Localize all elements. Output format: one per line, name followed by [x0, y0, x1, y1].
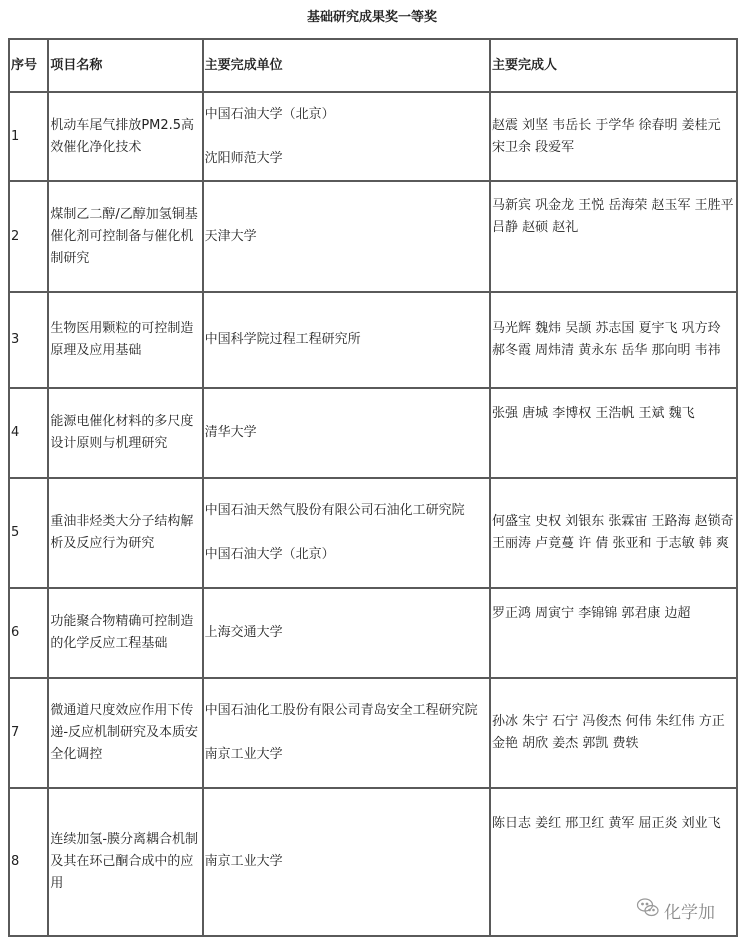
table-header-row: 序号 项目名称 主要完成单位 主要完成人: [9, 39, 737, 92]
cell-units: 天津大学: [203, 181, 490, 292]
cell-project-name: 功能聚合物精确可控制造的化学反应工程基础: [48, 588, 202, 678]
cell-project-name: 机动车尾气排放PM2.5高效催化净化技术: [48, 92, 202, 181]
table-row: 8 连续加氢-膜分离耦合机制及其在环己酮合成中的应用 南京工业大学 陈日志 姜红…: [9, 788, 737, 936]
cell-no: 4: [9, 388, 48, 478]
people: 孙冰 朱宁 石宁 冯俊杰 何伟 朱红伟 方正 金艳 胡欣 姜杰 郭凯 费轶: [492, 711, 736, 755]
table-row: 6 功能聚合物精确可控制造的化学反应工程基础 上海交通大学 罗正鸿 周寅宁 李锦…: [9, 588, 737, 678]
cell-people: 马新宾 巩金龙 王悦 岳海荣 赵玉军 王胜平 吕静 赵硕 赵礼: [490, 181, 737, 292]
cell-units: 中国石油化工股份有限公司青岛安全工程研究院南京工业大学: [203, 678, 490, 788]
watermark-text: 化学加: [664, 898, 715, 923]
cell-project-name: 生物医用颗粒的可控制造原理及应用基础: [48, 292, 202, 388]
cell-units: 中国石油大学（北京）沈阳师范大学: [203, 92, 490, 181]
header-people: 主要完成人: [490, 39, 737, 92]
cell-people: 孙冰 朱宁 石宁 冯俊杰 何伟 朱红伟 方正 金艳 胡欣 姜杰 郭凯 费轶: [490, 678, 737, 788]
cell-no: 3: [9, 292, 48, 388]
table-row: 7 微通道尺度效应作用下传递-反应机制研究及本质安全化调控 中国石油化工股份有限…: [9, 678, 737, 788]
unit: 沈阳师范大学: [205, 148, 489, 170]
table-row: 1 机动车尾气排放PM2.5高效催化净化技术 中国石油大学（北京）沈阳师范大学 …: [9, 92, 737, 181]
cell-people: 何盛宝 史权 刘银东 张霖宙 王路海 赵锁奇 王丽涛 卢竟蔓 许 倩 张亚和 于…: [490, 478, 737, 588]
cell-project-name: 能源电催化材料的多尺度设计原则与机理研究: [48, 388, 202, 478]
cell-people: 张强 唐城 李博权 王浩帆 王斌 魏飞: [490, 388, 737, 478]
cell-units: 中国科学院过程工程研究所: [203, 292, 490, 388]
cell-no: 7: [9, 678, 48, 788]
unit: 南京工业大学: [205, 744, 489, 766]
table-row: 4 能源电催化材料的多尺度设计原则与机理研究 清华大学 张强 唐城 李博权 王浩…: [9, 388, 737, 478]
cell-project-name: 微通道尺度效应作用下传递-反应机制研究及本质安全化调控: [48, 678, 202, 788]
cell-units: 清华大学: [203, 388, 490, 478]
table-row: 5 重油非烃类大分子结构解析及反应行为研究 中国石油天然气股份有限公司石油化工研…: [9, 478, 737, 588]
unit: 中国石油化工股份有限公司青岛安全工程研究院: [205, 700, 489, 722]
watermark: 化学加: [636, 897, 715, 924]
header-project-name: 项目名称: [48, 39, 202, 92]
header-no: 序号: [9, 39, 48, 92]
cell-people: 马光辉 魏炜 吴颉 苏志国 夏宇飞 巩方玲 郝冬霞 周炜清 黄永东 岳华 那向明…: [490, 292, 737, 388]
cell-units: 中国石油天然气股份有限公司石油化工研究院中国石油大学（北京）: [203, 478, 490, 588]
table-row: 3 生物医用颗粒的可控制造原理及应用基础 中国科学院过程工程研究所 马光辉 魏炜…: [9, 292, 737, 388]
cell-project-name: 重油非烃类大分子结构解析及反应行为研究: [48, 478, 202, 588]
cell-no: 5: [9, 478, 48, 588]
awards-table: 序号 项目名称 主要完成单位 主要完成人 1 机动车尾气排放PM2.5高效催化净…: [8, 38, 738, 937]
people: 何盛宝 史权 刘银东 张霖宙 王路海 赵锁奇 王丽涛 卢竟蔓 许 倩 张亚和 于…: [492, 511, 736, 555]
cell-units: 上海交通大学: [203, 588, 490, 678]
cell-no: 6: [9, 588, 48, 678]
people: 罗正鸿 周寅宁 李锦锦 郭君康 边超: [492, 603, 736, 663]
cell-no: 2: [9, 181, 48, 292]
cell-units: 南京工业大学: [203, 788, 490, 936]
unit: 中国石油大学（北京）: [205, 544, 489, 566]
cell-project-name: 煤制乙二醇/乙醇加氢铜基催化剂可控制备与催化机制研究: [48, 181, 202, 292]
cell-no: 1: [9, 92, 48, 181]
table-row: 2 煤制乙二醇/乙醇加氢铜基催化剂可控制备与催化机制研究 天津大学 马新宾 巩金…: [9, 181, 737, 292]
people: 马新宾 巩金龙 王悦 岳海荣 赵玉军 王胜平 吕静 赵硕 赵礼: [492, 195, 736, 279]
unit: 中国石油大学（北京）: [205, 104, 489, 126]
cell-no: 8: [9, 788, 48, 936]
cell-people: 罗正鸿 周寅宁 李锦锦 郭君康 边超: [490, 588, 737, 678]
cell-people: 赵震 刘坚 韦岳长 于学华 徐春明 姜桂元 宋卫余 段爱军: [490, 92, 737, 181]
people: 张强 唐城 李博权 王浩帆 王斌 魏飞: [492, 403, 736, 463]
cell-project-name: 连续加氢-膜分离耦合机制及其在环己酮合成中的应用: [48, 788, 202, 936]
wechat-icon: [636, 897, 660, 924]
people: 赵震 刘坚 韦岳长 于学华 徐春明 姜桂元 宋卫余 段爱军: [492, 115, 736, 159]
people: 马光辉 魏炜 吴颉 苏志国 夏宇飞 巩方玲 郝冬霞 周炜清 黄永东 岳华 那向明…: [492, 318, 736, 362]
header-units: 主要完成单位: [203, 39, 490, 92]
unit: 中国石油天然气股份有限公司石油化工研究院: [205, 500, 489, 522]
page-title: 基础研究成果奖一等奖: [0, 6, 744, 25]
